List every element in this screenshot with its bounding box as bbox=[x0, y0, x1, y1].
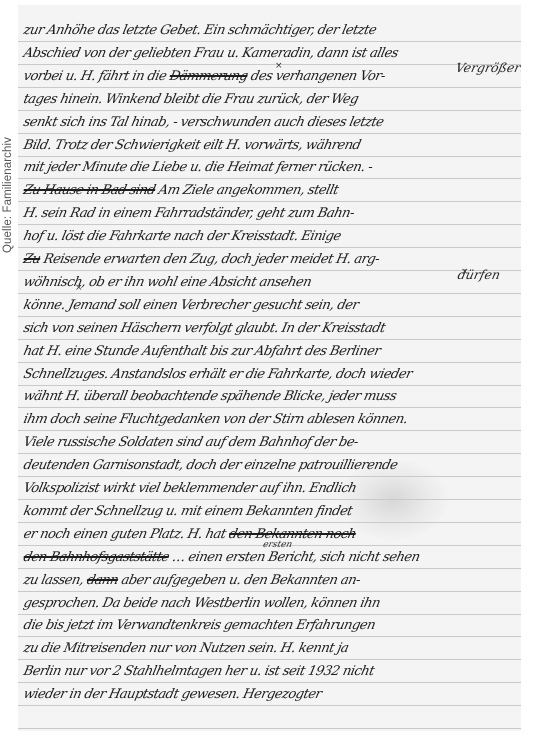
margin-note: Vergrößerung bbox=[454, 60, 521, 75]
ruled-line bbox=[18, 499, 521, 500]
line-text: Schnellzuges. Anstandslos erhält er die … bbox=[22, 367, 413, 382]
struck-through-text: Dämmerung bbox=[168, 69, 249, 84]
interlinear-insertion: ersten bbox=[262, 540, 293, 550]
handwritten-line: Zu Hause in Bad sind Am Ziele angekommen… bbox=[22, 183, 340, 198]
source-credit: Quelle: Familienarchiv bbox=[1, 130, 15, 260]
ruled-line bbox=[18, 224, 521, 225]
ruled-line bbox=[18, 522, 521, 523]
ruled-line bbox=[18, 87, 521, 88]
handwritten-line: wähnt H. überall beobachtende spähende B… bbox=[22, 389, 398, 404]
handwritten-line: er noch einen guten Platz. H. hat den Be… bbox=[22, 527, 357, 542]
source-credit-text: Quelle: Familienarchiv bbox=[2, 137, 14, 253]
handwritten-line: sich von seinen Häschern verfolgt glaubt… bbox=[22, 321, 386, 336]
ruled-line bbox=[18, 659, 521, 660]
handwritten-line: zu lassen, dann aber aufgegeben u. den B… bbox=[22, 573, 361, 588]
handwritten-line: zur Anhöhe das letzte Gebet. Ein schmäch… bbox=[22, 23, 378, 38]
handwritten-line: Bild. Trotz der Schwierigkeit eilt H. vo… bbox=[22, 138, 362, 153]
handwritten-line: mit jeder Minute die Liebe u. die Heimat… bbox=[22, 160, 374, 175]
ruled-line bbox=[18, 133, 521, 134]
line-text-continued: Am Ziele angekommen, stellt bbox=[153, 183, 339, 198]
ruled-line bbox=[18, 476, 521, 477]
insertion-mark-icon: × bbox=[461, 267, 469, 277]
handwritten-line: ihm doch seine Fluchtgedanken von der St… bbox=[22, 412, 409, 427]
ruled-line bbox=[18, 430, 521, 431]
handwritten-line: wieder in der Hauptstadt gewesen. Hergez… bbox=[22, 687, 323, 702]
line-text: Viele russische Soldaten sind auf dem Ba… bbox=[22, 435, 359, 450]
line-text: wieder in der Hauptstadt gewesen. Hergez… bbox=[22, 687, 323, 702]
ruled-line bbox=[18, 178, 521, 179]
struck-through-text: dann bbox=[85, 573, 119, 588]
ruled-line bbox=[18, 270, 521, 271]
ruled-line bbox=[18, 41, 521, 42]
ruled-line bbox=[18, 339, 521, 340]
line-text: wöhnisch, ob er ihn wohl eine Absicht an… bbox=[22, 275, 313, 290]
ruled-line bbox=[18, 614, 521, 615]
line-text: Berlin nur vor 2 Stahlhelmtagen her u. i… bbox=[22, 664, 375, 679]
ruled-line bbox=[18, 682, 521, 683]
handwritten-line: Viele russische Soldaten sind auf dem Ba… bbox=[22, 435, 359, 450]
handwritten-line: deutenden Garnisonstadt, doch der einzel… bbox=[22, 458, 399, 473]
insertion-mark-icon: × bbox=[75, 283, 83, 293]
insertion-mark-icon: × bbox=[275, 61, 283, 71]
line-text: zur Anhöhe das letzte Gebet. Ein schmäch… bbox=[22, 23, 378, 38]
handwritten-line: H. sein Rad in einem Fahrradständer, geh… bbox=[22, 206, 355, 221]
line-text: Volkspolizist wirkt viel beklemmender au… bbox=[22, 481, 358, 496]
ruled-line bbox=[18, 453, 521, 454]
handwritten-line: Volkspolizist wirkt viel beklemmender au… bbox=[22, 481, 358, 496]
ruled-line bbox=[18, 385, 521, 386]
line-text: H. sein Rad in einem Fahrradständer, geh… bbox=[22, 206, 355, 221]
struck-through-text: Zu Hause in Bad sind bbox=[22, 183, 157, 198]
handwritten-page: zur Anhöhe das letzte Gebet. Ein schmäch… bbox=[18, 5, 521, 731]
handwritten-line: zu die Mitreisenden nur von Nutzen sein.… bbox=[22, 641, 350, 656]
line-text: Bild. Trotz der Schwierigkeit eilt H. vo… bbox=[22, 138, 362, 153]
line-text: wähnt H. überall beobachtende spähende B… bbox=[22, 389, 398, 404]
line-text: zu die Mitreisenden nur von Nutzen sein.… bbox=[22, 641, 350, 656]
ruled-line bbox=[18, 568, 521, 569]
line-text: sich von seinen Häschern verfolgt glaubt… bbox=[22, 321, 386, 336]
handwritten-line: Abschied von der geliebten Frau u. Kamer… bbox=[22, 46, 399, 61]
line-text: er noch einen guten Platz. H. hat bbox=[22, 527, 231, 542]
handwritten-line: tages hinein. Winkend bleibt die Frau zu… bbox=[22, 92, 360, 107]
ruled-line bbox=[18, 247, 521, 248]
handwritten-line: Berlin nur vor 2 Stahlhelmtagen her u. i… bbox=[22, 664, 375, 679]
line-text: deutenden Garnisonstadt, doch der einzel… bbox=[22, 458, 399, 473]
ruled-line bbox=[18, 591, 521, 592]
struck-through-text: den Bahnhofsgaststätte bbox=[22, 550, 170, 565]
handwritten-line: kommt der Schnellzug u. mit einem Bekann… bbox=[22, 504, 353, 519]
ruled-line bbox=[18, 110, 521, 111]
ruled-line bbox=[18, 201, 521, 202]
line-text-continued: aber aufgegeben u. den Bekannten an- bbox=[116, 573, 361, 588]
line-text: zu lassen, bbox=[22, 573, 89, 588]
line-text: die bis jetzt im Verwandtenkreis gemacht… bbox=[22, 618, 376, 633]
handwritten-line: Zu Reisende erwarten den Zug, doch jeder… bbox=[22, 252, 381, 267]
line-text: hof u. löst die Fahrkarte nach der Kreis… bbox=[22, 229, 342, 244]
line-text: ihm doch seine Fluchtgedanken von der St… bbox=[22, 412, 409, 427]
handwritten-line: gesprochen. Da beide nach Westberlin wol… bbox=[22, 596, 381, 611]
handwritten-line: hof u. löst die Fahrkarte nach der Kreis… bbox=[22, 229, 342, 244]
ruled-line bbox=[18, 407, 521, 408]
ruled-line bbox=[18, 316, 521, 317]
line-text-continued: Reisende erwarten den Zug, doch jeder me… bbox=[38, 252, 380, 267]
handwritten-line: die bis jetzt im Verwandtenkreis gemacht… bbox=[22, 618, 376, 633]
line-text-continued: des verhangenen Vor- bbox=[246, 69, 387, 84]
line-text: kommt der Schnellzug u. mit einem Bekann… bbox=[22, 504, 353, 519]
line-text: tages hinein. Winkend bleibt die Frau zu… bbox=[22, 92, 360, 107]
handwritten-line: hat H. eine Stunde Aufenthalt bis zur Ab… bbox=[22, 344, 382, 359]
handwritten-line: senkt sich ins Tal hinab, - verschwunden… bbox=[22, 115, 385, 130]
line-text: hat H. eine Stunde Aufenthalt bis zur Ab… bbox=[22, 344, 382, 359]
line-text: mit jeder Minute die Liebe u. die Heimat… bbox=[22, 160, 374, 175]
handwritten-line: wöhnisch, ob er ihn wohl eine Absicht an… bbox=[22, 275, 313, 290]
ruled-line bbox=[18, 64, 521, 65]
line-text: senkt sich ins Tal hinab, - verschwunden… bbox=[22, 115, 385, 130]
line-text-continued: … einen ersten Bericht, sich nicht sehen bbox=[167, 550, 421, 565]
line-text: vorbei u. H. fährt in die bbox=[22, 69, 171, 84]
handwritten-line: könne. Jemand soll einen Verbrecher gesu… bbox=[22, 298, 360, 313]
ruled-line bbox=[18, 156, 521, 157]
handwritten-line: Schnellzuges. Anstandslos erhält er die … bbox=[22, 367, 413, 382]
line-text: gesprochen. Da beide nach Westberlin wol… bbox=[22, 596, 381, 611]
ruled-line bbox=[18, 728, 521, 729]
handwritten-line: den Bahnhofsgaststätte … einen ersten Be… bbox=[22, 550, 421, 565]
ruled-line bbox=[18, 362, 521, 363]
ruled-line bbox=[18, 293, 521, 294]
line-text: könne. Jemand soll einen Verbrecher gesu… bbox=[22, 298, 360, 313]
line-text: Abschied von der geliebten Frau u. Kamer… bbox=[22, 46, 399, 61]
ruled-line bbox=[18, 636, 521, 637]
handwritten-line: vorbei u. H. fährt in die Dämmerung des … bbox=[22, 69, 386, 84]
ruled-line bbox=[18, 705, 521, 706]
